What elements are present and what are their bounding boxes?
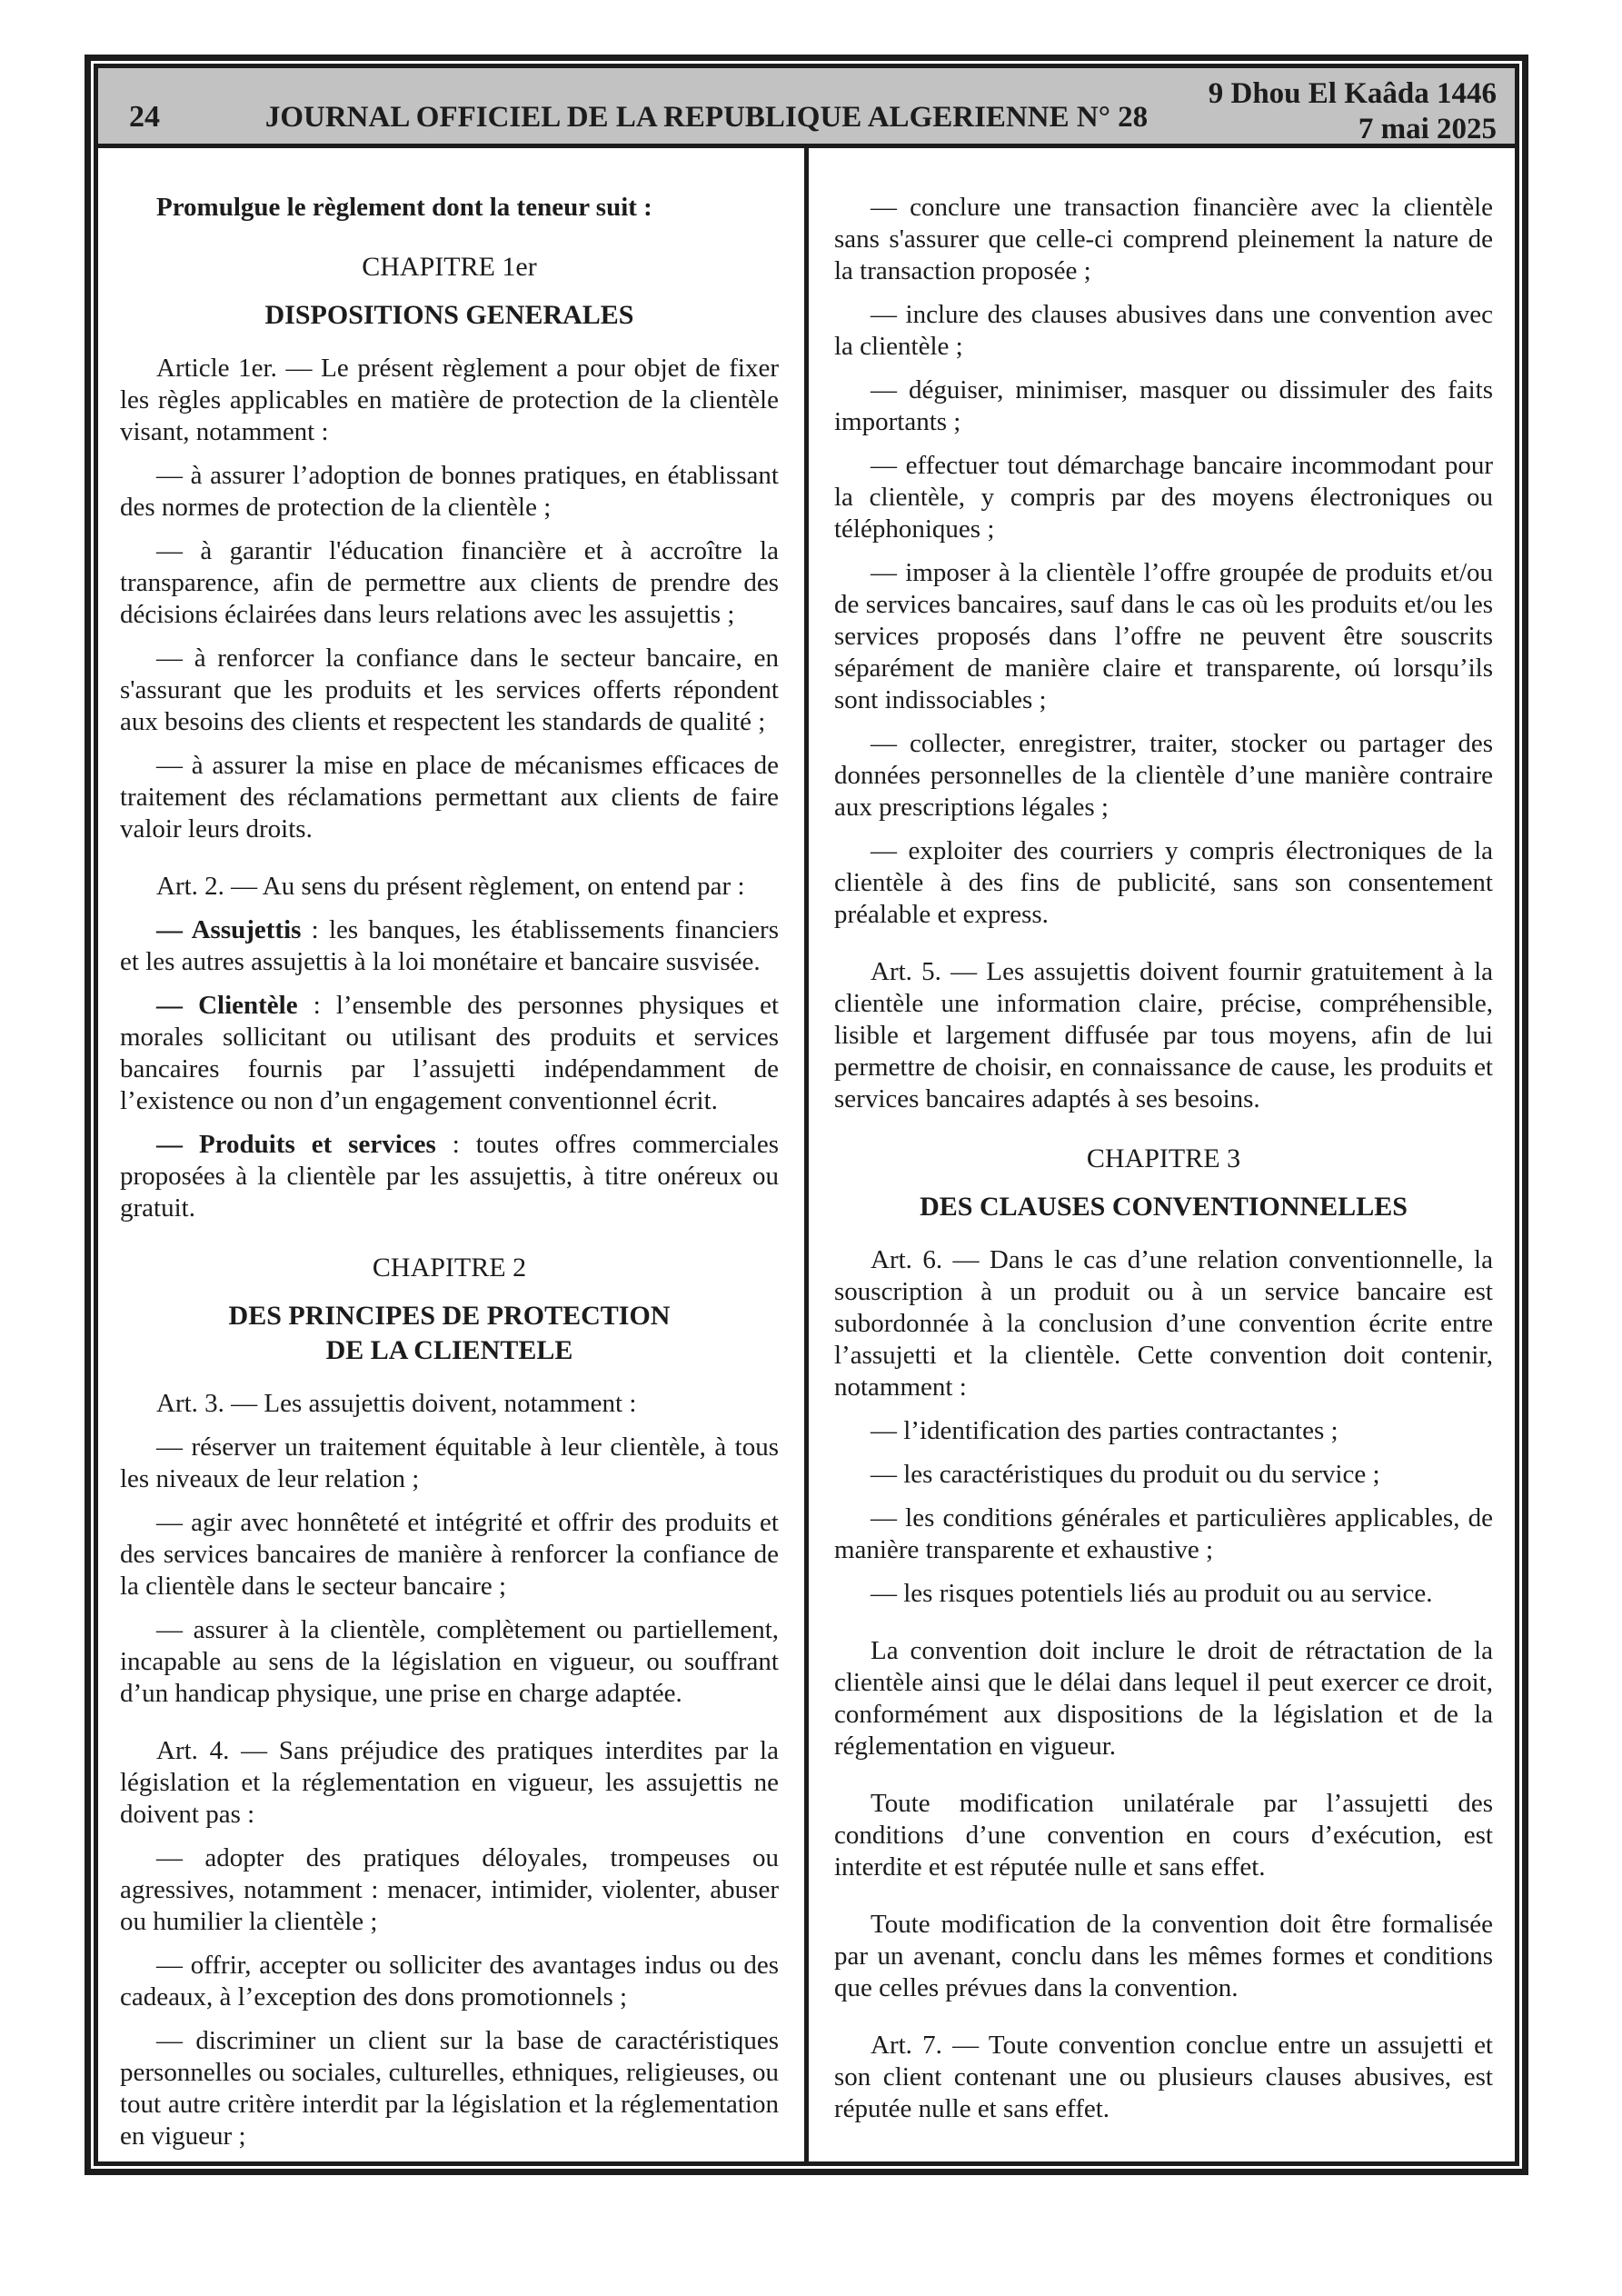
list-item: — exploiter des courriers y compris élec…	[834, 835, 1493, 931]
list-item: — à assurer l’adoption de bonnes pratiqu…	[120, 460, 779, 524]
chapter-2-title-line1: DES PRINCIPES DE PROTECTION	[120, 1299, 779, 1333]
chapter-1-title: DISPOSITIONS GENERALES	[120, 298, 779, 333]
paragraph-article-4: Art. 4. — Sans préjudice des pratiques i…	[120, 1735, 779, 1831]
chapter-2-title-line2: DE LA CLIENTELE	[120, 1333, 779, 1368]
list-item: — les caractéristiques du produit ou du …	[834, 1459, 1493, 1491]
definition-term: — Produits et services	[156, 1130, 436, 1159]
page-number: 24	[129, 102, 160, 133]
list-item: — l’identification des parties contracta…	[834, 1415, 1493, 1447]
definition-term: — Clientèle	[156, 991, 298, 1020]
column-right: — conclure une transaction financière av…	[809, 148, 1515, 2164]
list-item: — à garantir l'éducation financière et à…	[120, 535, 779, 631]
list-item: — à assurer la mise en place de mécanism…	[120, 750, 779, 845]
list-item: — à renforcer la confiance dans le secte…	[120, 643, 779, 738]
list-item: — assurer à la clientèle, complètement o…	[120, 1614, 779, 1710]
list-item: — les risques potentiels liés au produit…	[834, 1578, 1493, 1610]
paragraph-article-1: Article 1er. — Le présent règlement a po…	[120, 353, 779, 448]
list-item: — offrir, accepter ou solliciter des ava…	[120, 1950, 779, 2013]
date-gregorian: 7 mai 2025	[1209, 112, 1497, 147]
chapter-3-title: DES CLAUSES CONVENTIONNELLES	[834, 1190, 1493, 1224]
list-item: — discriminer un client sur la base de c…	[120, 2025, 779, 2152]
journal-title: JOURNAL OFFICIEL DE LA REPUBLIQUE ALGERI…	[207, 103, 1206, 133]
paragraph-convention: La convention doit inclure le droit de r…	[834, 1635, 1493, 1762]
list-item: — adopter des pratiques déloyales, tromp…	[120, 1842, 779, 1938]
paragraph-article-5: Art. 5. — Les assujettis doivent fournir…	[834, 956, 1493, 1115]
paragraph-article-3: Art. 3. — Les assujettis doivent, notamm…	[120, 1388, 779, 1420]
page-frame-inner: 24 JOURNAL OFFICIEL DE LA REPUBLIQUE ALG…	[94, 64, 1519, 2166]
chapter-3-label: CHAPITRE 3	[834, 1143, 1493, 1175]
journal-page: { "colors": { "header_background": "#c2c…	[0, 0, 1622, 2296]
chapter-2-label: CHAPITRE 2	[120, 1252, 779, 1284]
list-item: — collecter, enregistrer, traiter, stock…	[834, 728, 1493, 824]
header-dates: 9 Dhou El Kaâda 1446 7 mai 2025	[1209, 76, 1497, 147]
paragraph-article-7: Art. 7. — Toute convention conclue entre…	[834, 2030, 1493, 2125]
page-body: Promulgue le règlement dont la teneur su…	[98, 148, 1515, 2164]
page-frame: 24 JOURNAL OFFICIEL DE LA REPUBLIQUE ALG…	[85, 55, 1528, 2175]
definition-term: — Assujettis	[156, 915, 301, 944]
list-item: — déguiser, minimiser, masquer ou dissim…	[834, 374, 1493, 438]
paragraph-article-2: Art. 2. — Au sens du présent règlement, …	[120, 871, 779, 903]
definition-clientele: — Clientèle : l’ensemble des personnes p…	[120, 990, 779, 1117]
header-band: 24 JOURNAL OFFICIEL DE LA REPUBLIQUE ALG…	[98, 68, 1515, 148]
list-item: — inclure des clauses abusives dans une …	[834, 299, 1493, 363]
chapter-2-title: DES PRINCIPES DE PROTECTIONDE LA CLIENTE…	[120, 1299, 779, 1368]
date-hijri: 9 Dhou El Kaâda 1446	[1209, 76, 1497, 112]
list-item: — réserver un traitement équitable à leu…	[120, 1432, 779, 1495]
definition-produits-services: — Produits et services : toutes offres c…	[120, 1129, 779, 1224]
column-left: Promulgue le règlement dont la teneur su…	[98, 148, 804, 2164]
promulgation-line: Promulgue le règlement dont la teneur su…	[120, 192, 779, 224]
paragraph-modification-2: Toute modification de la convention doit…	[834, 1909, 1493, 2004]
list-item: — effectuer tout démarchage bancaire inc…	[834, 450, 1493, 545]
list-item: — agir avec honnêteté et intégrité et of…	[120, 1507, 779, 1602]
chapter-1-label: CHAPITRE 1er	[120, 251, 779, 284]
definition-assujettis: — Assujettis : les banques, les établiss…	[120, 914, 779, 978]
list-item: — les conditions générales et particuliè…	[834, 1502, 1493, 1566]
list-item: — conclure une transaction financière av…	[834, 192, 1493, 287]
list-item: — imposer à la clientèle l’offre groupée…	[834, 557, 1493, 716]
paragraph-article-6: Art. 6. — Dans le cas d’une relation con…	[834, 1244, 1493, 1403]
paragraph-modification-1: Toute modification unilatérale par l’ass…	[834, 1788, 1493, 1883]
